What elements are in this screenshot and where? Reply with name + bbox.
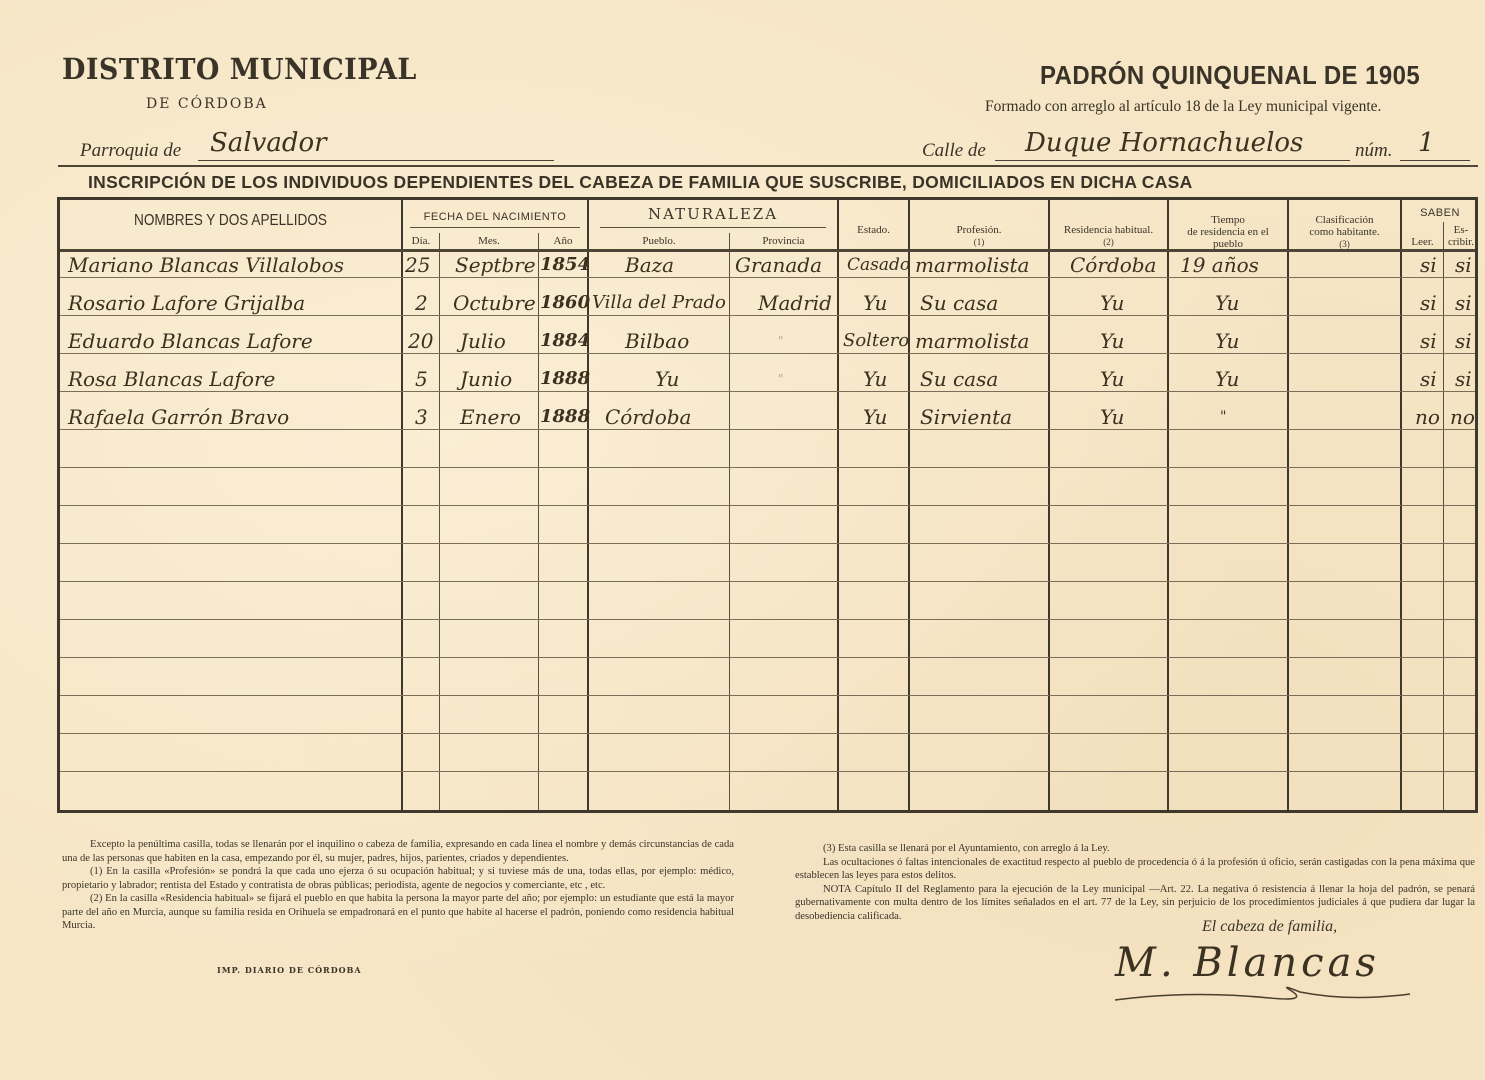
cell-residencia: Córdoba: [1070, 250, 1156, 280]
header-mes: Mes.: [440, 235, 538, 247]
header-residencia: Residencia habitual. (2): [1050, 224, 1167, 248]
cell-estado: Yu: [863, 288, 887, 318]
signature-flourish: [1110, 980, 1430, 1010]
cell-estado: Yu: [863, 402, 887, 432]
num-line: [1400, 160, 1470, 161]
parroquia-label: Parroquia de: [80, 140, 181, 162]
district-title: DISTRITO MUNICIPAL: [62, 52, 417, 86]
cell-nombre: Mariano Blancas Villalobos: [68, 250, 344, 280]
footnote-2: (2) En la casilla «Residencia habitual» …: [62, 892, 734, 933]
cell-mes: Octubre: [453, 288, 536, 318]
cell-dia: 25: [405, 250, 430, 280]
col-divider: [1443, 222, 1444, 810]
inscription-banner: INSCRIPCIÓN DE LOS INDIVIDUOS DEPENDIENT…: [88, 172, 1193, 193]
header-profesion-note: (1): [910, 236, 1048, 248]
header-escribir-l2: cribir.: [1444, 236, 1478, 248]
cell-anio: 1888: [540, 402, 590, 432]
cell-escribir: si: [1455, 250, 1472, 280]
cell-escribir: no: [1450, 402, 1475, 432]
parroquia-line: [198, 160, 554, 161]
footnote-intro: Excepto la penúltima casilla, todas se l…: [62, 838, 734, 865]
cell-mes: Septbre: [455, 250, 536, 280]
row-line: [60, 467, 1475, 468]
row-line: [60, 695, 1475, 696]
cell-leer: si: [1420, 250, 1437, 280]
header-pueblo: Pueblo.: [589, 235, 729, 247]
cell-residencia: Yu: [1100, 402, 1124, 432]
cell-mes: Julio: [460, 326, 506, 356]
num-value: 1: [1418, 128, 1435, 158]
cell-pueblo: Yu: [655, 364, 679, 394]
cell-profesion: marmolista: [915, 250, 1029, 280]
col-divider: [538, 233, 539, 810]
district-subtitle: DE CÓRDOBA: [146, 96, 268, 112]
calle-label: Calle de: [922, 140, 986, 162]
cell-anio: 1888: [540, 364, 590, 394]
row-line: [60, 619, 1475, 620]
cell-leer: si: [1420, 326, 1437, 356]
header-naturaleza-group: NATURALEZA: [589, 208, 837, 220]
cell-profesion: Sirvienta: [920, 402, 1012, 432]
row-line: [60, 505, 1475, 506]
cell-pueblo: Baza: [625, 250, 674, 280]
cell-residencia: Yu: [1100, 364, 1124, 394]
cell-provincia: Granada: [735, 250, 822, 280]
cell-nombre: Rosario Lafore Grijalba: [68, 288, 305, 318]
cell-tiempo: Yu: [1215, 326, 1239, 356]
parroquia-value: Salvador: [210, 128, 327, 158]
header-tiempo: Tiempo de residencia en el pueblo: [1169, 214, 1287, 250]
header-residencia-label: Residencia habitual.: [1050, 224, 1167, 236]
header-saben-group: SABEN: [1402, 207, 1478, 219]
col-divider: [439, 233, 440, 810]
cell-pueblo: Córdoba: [605, 402, 691, 432]
header-clasificacion: Clasificación como habitante. (3): [1289, 214, 1400, 250]
cell-mes: Enero: [460, 402, 521, 432]
header-residencia-note: (2): [1050, 236, 1167, 248]
cell-dia: 2: [415, 288, 428, 318]
cell-estado: Casado: [847, 250, 910, 280]
cell-estado: Soltero: [843, 326, 909, 356]
printer-imprint: IMP. DIARIO DE CÓRDOBA: [217, 965, 362, 975]
header-profesion: Profesión. (1): [910, 224, 1048, 248]
header-leer: Leer.: [1402, 236, 1443, 248]
header-fecha-group: FECHA DEL NACIMIENTO: [403, 211, 587, 223]
cell-pueblo: Bilbao: [625, 326, 689, 356]
header-nombres: NOMBRES Y DOS APELLIDOS: [86, 215, 376, 227]
header-clasif-l1: Clasificación: [1289, 214, 1400, 226]
cell-profesion: marmolista: [915, 326, 1029, 356]
cell-leer: si: [1420, 364, 1437, 394]
cell-escribir: si: [1455, 288, 1472, 318]
signature-label: El cabeza de familia,: [1202, 918, 1337, 936]
brace: [410, 227, 580, 228]
footnote-warning: Las ocultaciones ó faltas intencionales …: [795, 856, 1475, 883]
cell-anio: 1854: [540, 250, 590, 280]
header-dia: Día.: [403, 235, 439, 247]
header-clasif-note: (3): [1289, 238, 1400, 250]
cell-pueblo: Villa del Prado: [592, 288, 726, 318]
padron-subtitle: Formado con arreglo al artículo 18 de la…: [985, 98, 1381, 116]
footnote-1: (1) En la casilla «Profesión» se pondrá …: [62, 865, 734, 892]
cell-profesion: Su casa: [920, 364, 998, 394]
header-tiempo-l1: Tiempo: [1169, 214, 1287, 226]
header-tiempo-l3: pueblo: [1169, 238, 1287, 250]
row-line: [60, 771, 1475, 772]
row-line: [60, 581, 1475, 582]
footnotes-right: (3) Esta casilla se llenará por el Ayunt…: [795, 842, 1475, 923]
cell-estado: Yu: [863, 364, 887, 394]
row-line: [60, 657, 1475, 658]
header-escribir: Es- cribir.: [1444, 224, 1478, 248]
row-line: [60, 733, 1475, 734]
cell-tiempo: Yu: [1215, 364, 1239, 394]
cell-tiempo: Yu: [1215, 288, 1239, 318]
padron-title: PADRÓN QUINQUENAL DE 1905: [1040, 60, 1420, 91]
cell-dia: 5: [415, 364, 428, 394]
brace: [600, 227, 826, 228]
cell-tiempo: 19 años: [1180, 250, 1259, 280]
cell-leer: no: [1415, 402, 1440, 432]
calle-value: Duque Hornachuelos: [1025, 128, 1303, 158]
cell-provincia: ": [778, 364, 784, 394]
cell-escribir: si: [1455, 326, 1472, 356]
cell-residencia: Yu: [1100, 288, 1124, 318]
header-rule: [58, 165, 1478, 167]
cell-provincia: ": [778, 326, 784, 356]
header-tiempo-l2: de residencia en el: [1169, 226, 1287, 238]
cell-anio: 1860: [540, 288, 590, 318]
census-table: NOMBRES Y DOS APELLIDOS FECHA DEL NACIMI…: [57, 197, 1478, 813]
header-provincia: Provincia: [730, 235, 837, 247]
cell-nombre: Eduardo Blancas Lafore: [68, 326, 313, 356]
header-profesion-label: Profesión.: [910, 224, 1048, 236]
cell-leer: si: [1420, 288, 1437, 318]
cell-nombre: Rosa Blancas Lafore: [68, 364, 275, 394]
header-escribir-l1: Es-: [1444, 224, 1478, 236]
cell-dia: 20: [408, 326, 433, 356]
header-estado: Estado.: [839, 224, 908, 236]
cell-mes: Junio: [460, 364, 512, 394]
header-clasif-l2: como habitante.: [1289, 226, 1400, 238]
cell-dia: 3: [415, 402, 428, 432]
footnote-nota: NOTA Capítulo II del Reglamento para la …: [795, 883, 1475, 924]
cell-anio: 1884: [540, 326, 590, 356]
cell-residencia: Yu: [1100, 326, 1124, 356]
footnote-3: (3) Esta casilla se llenará por el Ayunt…: [795, 842, 1475, 856]
col-divider: [729, 233, 730, 810]
num-label: núm.: [1355, 140, 1392, 162]
cell-nombre: Rafaela Garrón Bravo: [68, 402, 289, 432]
footnotes-left: Excepto la penúltima casilla, todas se l…: [62, 838, 734, 933]
row-line: [60, 543, 1475, 544]
cell-provincia: Madrid: [758, 288, 832, 318]
cell-tiempo: ": [1220, 402, 1226, 432]
header-anio: Año: [539, 235, 587, 247]
cell-profesion: Su casa: [920, 288, 998, 318]
cell-escribir: si: [1455, 364, 1472, 394]
calle-line: [995, 160, 1350, 161]
